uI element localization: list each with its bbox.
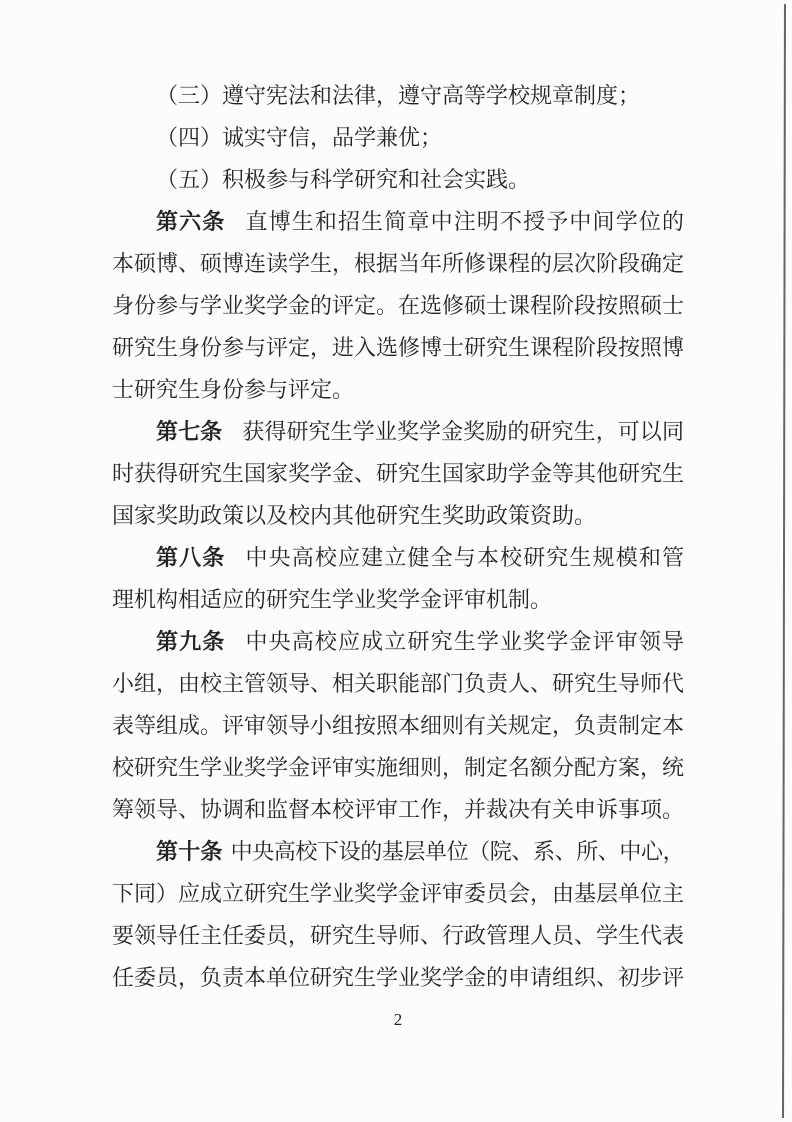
article-number: 第九条 [156,629,225,654]
line-text: （三）遵守宪法和法律，遵守高等学校规章制度； [156,83,640,108]
line-text: 本硕博、硕博连读学生，根据当年所修课程的层次阶段确定 [112,251,684,276]
text-line: 筹领导、协调和监督本校评审工作，并裁决有关申诉事项。 [112,789,684,831]
text-line: 要领导任主任委员，研究生导师、行政管理人员、学生代表 [112,915,684,957]
line-text: 身份参与学业奖学金的评定。在选修硕士课程阶段按照硕士 [112,293,684,318]
scan-artifact-line [782,4,786,1118]
line-text: 中央高校应成立研究生学业奖学金评审领导 [245,629,684,654]
line-text: 中央高校应建立健全与本校研究生规模和管 [245,545,684,570]
line-text: 筹领导、协调和监督本校评审工作，并裁决有关申诉事项。 [112,797,684,822]
line-text: 要领导任主任委员，研究生导师、行政管理人员、学生代表 [112,923,684,948]
line-text: 直博生和招生简章中注明不授予中间学位的 [245,209,684,234]
text-line: 小组，由校主管领导、相关职能部门负责人、研究生导师代 [112,663,684,705]
document-body: （三）遵守宪法和法律，遵守高等学校规章制度；（四）诚实守信，品学兼优；（五）积极… [112,75,684,999]
line-text: 表等组成。评审领导小组按照本细则有关规定，负责制定本 [112,713,684,738]
text-line: 下同）应成立研究生学业奖学金评审委员会，由基层单位主 [112,873,684,915]
line-text: 获得研究生学业奖学金奖励的研究生，可以同 [242,419,684,444]
text-line: （五）积极参与科学研究和社会实践。 [112,159,684,201]
text-line: 时获得研究生国家奖学金、研究生国家助学金等其他研究生 [112,453,684,495]
text-line: 第六条直博生和招生简章中注明不授予中间学位的 [112,201,684,243]
text-line: 身份参与学业奖学金的评定。在选修硕士课程阶段按照硕士 [112,285,684,327]
line-text: 中央高校下设的基层单位（院、系、所、中心， [231,839,684,864]
text-line: 表等组成。评审领导小组按照本细则有关规定，负责制定本 [112,705,684,747]
text-line: 第七条获得研究生学业奖学金奖励的研究生，可以同 [112,411,684,453]
text-line: 第八条中央高校应建立健全与本校研究生规模和管 [112,537,684,579]
line-text: 国家奖助政策以及校内其他研究生奖助政策资助。 [112,503,596,528]
line-text: 小组，由校主管领导、相关职能部门负责人、研究生导师代 [112,671,684,696]
line-text: 任委员，负责本单位研究生学业奖学金的申请组织、初步评 [112,965,684,990]
page-number: 2 [112,1008,684,1032]
line-text: 时获得研究生国家奖学金、研究生国家助学金等其他研究生 [112,461,684,486]
line-text: （五）积极参与科学研究和社会实践。 [156,167,530,192]
article-number: 第八条 [156,545,225,570]
text-line: 第十条中央高校下设的基层单位（院、系、所、中心， [112,831,684,873]
line-text: 校研究生学业奖学金评审实施细则，制定名额分配方案，统 [112,755,684,780]
text-line: 研究生身份参与评定，进入选修博士研究生课程阶段按照博 [112,327,684,369]
article-number: 第七条 [156,419,222,444]
text-line: 理机构相适应的研究生学业奖学金评审机制。 [112,579,684,621]
line-text: 下同）应成立研究生学业奖学金评审委员会，由基层单位主 [112,881,684,906]
article-number: 第六条 [156,209,225,234]
line-text: （四）诚实守信，品学兼优； [156,125,442,150]
text-line: （三）遵守宪法和法律，遵守高等学校规章制度； [112,75,684,117]
line-text: 理机构相适应的研究生学业奖学金评审机制。 [112,587,552,612]
text-line: 国家奖助政策以及校内其他研究生奖助政策资助。 [112,495,684,537]
line-text: 研究生身份参与评定，进入选修博士研究生课程阶段按照博 [112,335,684,360]
text-line: 本硕博、硕博连读学生，根据当年所修课程的层次阶段确定 [112,243,684,285]
text-line: 任委员，负责本单位研究生学业奖学金的申请组织、初步评 [112,957,684,999]
document-page: （三）遵守宪法和法律，遵守高等学校规章制度；（四）诚实守信，品学兼优；（五）积极… [0,0,792,1122]
text-line: 士研究生身份参与评定。 [112,369,684,411]
line-text: 士研究生身份参与评定。 [112,377,354,402]
text-line: 校研究生学业奖学金评审实施细则，制定名额分配方案，统 [112,747,684,789]
text-line: 第九条中央高校应成立研究生学业奖学金评审领导 [112,621,684,663]
text-line: （四）诚实守信，品学兼优； [112,117,684,159]
article-number: 第十条 [156,839,223,864]
